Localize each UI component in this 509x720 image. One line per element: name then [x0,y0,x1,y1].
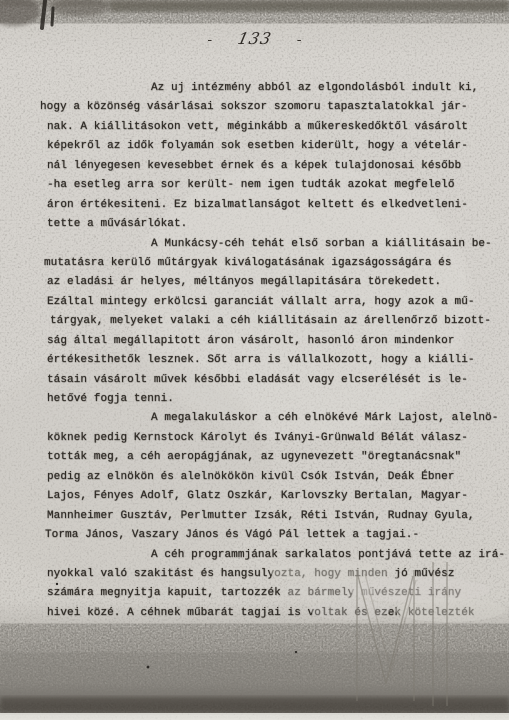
text-line: hogy a közönség vásárlásai sokszor szomo… [40,98,499,117]
page-number-dash-right: - [295,33,303,48]
text-line: képekről az idők folyamán sok esetben ki… [47,137,499,156]
document-page: - 133 - Az uj intézmény abból az elgondo… [0,0,509,720]
text-line: tották meg, a céh aeropágjának, az ugyne… [47,448,499,467]
text-line: Az uj intézmény abból az elgondolásból i… [47,79,499,98]
page-number: - 133 - [0,29,509,48]
text-line: az eladási ár helyes, méltányos megállap… [47,273,499,292]
text-line: mutatásra kerülő műtárgyak kiválogatásán… [44,254,499,273]
text-line: Mannheimer Gusztáv, Perlmutter Izsák, Ré… [47,507,499,526]
text-line: nál lényegesen kevesebbet érnek és a kép… [47,157,499,176]
text-line: tette a művásárlókat. [47,215,499,234]
text-line: A Munkácsy-céh tehát első sorban a kiáll… [47,235,499,254]
text-line: pedig az elnökön és alelnökökön kivül Cs… [47,468,499,487]
pen-mark [42,1,53,28]
page-number-dash-left: - [206,33,214,48]
text-line: köknek pedig Kernstock Károlyt és Iványi… [47,429,499,448]
text-line: nyokkal való szakitást és hangsulyozta, … [47,565,499,584]
text-line: A céh programmjának sarkalatos pontjává … [47,546,499,565]
text-line: hivei közé. A céhnek műbarát tagjai is v… [47,604,499,623]
text-line: Torma János, Vaszary János és Vágó Pál l… [45,526,499,545]
text-line: -ha esetleg arra sor került- nem igen tu… [47,176,499,195]
text-line: áron értékesiteni. Ez bizalmatlanságot k… [47,196,499,215]
text-line: hetővé fogja tenni. [47,390,499,409]
text-line: A megalakuláskor a céh elnökévé Márk Laj… [47,409,499,428]
text-line: értékesithetők lesznek. Sőt arra is váll… [47,351,499,370]
text-line: Lajos, Fényes Adolf, Glatz Oszkár, Karlo… [47,487,499,506]
page-number-digits: 133 [236,29,274,48]
corner-smudge [0,0,40,26]
text-line: Ezáltal mintegy erkölcsi garanciát válla… [47,293,499,312]
text-line: nak. A kiállitásokon vett, méginkább a m… [47,118,499,137]
text-line: tárgyak, melyeket valaki a céh kiállitás… [50,312,499,331]
text-line: tásain vásárolt művek későbbi eladását v… [47,371,499,390]
text-line: számára megnyitja kapuit, tartozzék az b… [47,584,499,603]
text-line: ság által megállapitott áron vásárolt, h… [47,332,499,351]
typewritten-text: Az uj intézmény abból az elgondolásból i… [47,79,499,623]
